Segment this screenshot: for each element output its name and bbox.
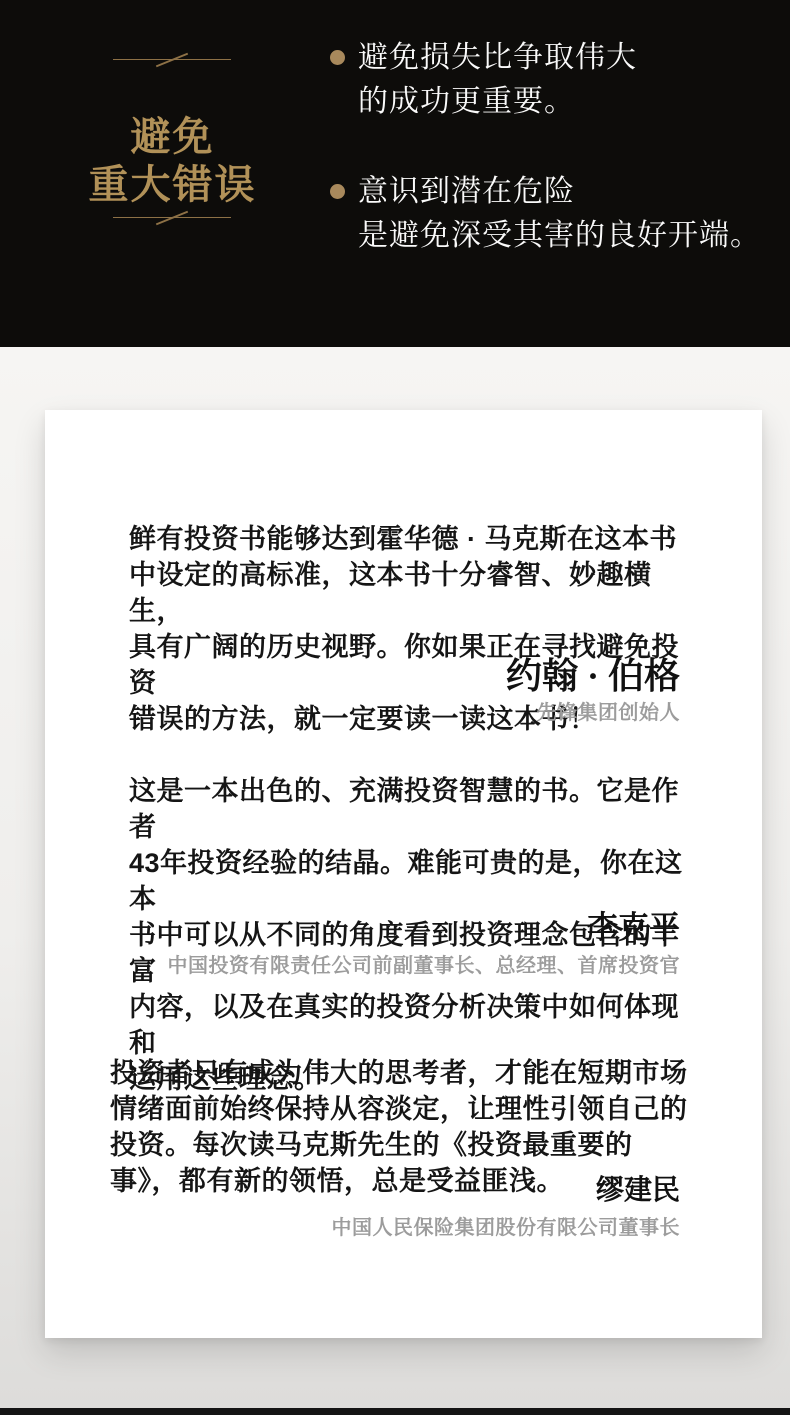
ornament-divider-bottom bbox=[113, 210, 231, 226]
bottom-black-strip bbox=[0, 1408, 790, 1415]
bullet-dot-icon bbox=[330, 184, 345, 199]
list-item: 意识到潜在危险 是避免深受其害的良好开端。 bbox=[330, 170, 790, 258]
hero-section: 避免 重大错误 避免损失比争取伟大 的成功更重要。 意识到潜在危险 是避免深受其… bbox=[0, 0, 790, 347]
endorser-name: 李克平 bbox=[587, 902, 680, 947]
endorser-title: 中国投资有限责任公司前副董事长、总经理、首席投资官 bbox=[168, 949, 681, 978]
divider-slash-icon bbox=[156, 211, 188, 226]
bullet-dot-icon bbox=[330, 50, 345, 65]
endorser-name: 约翰 · 伯格 bbox=[506, 648, 680, 699]
section-title: 避免 重大错误 bbox=[40, 113, 305, 209]
ornament-divider-top bbox=[113, 52, 231, 68]
divider-slash-icon bbox=[156, 53, 188, 68]
book-promo-page: 避免 重大错误 避免损失比争取伟大 的成功更重要。 意识到潜在危险 是避免深受其… bbox=[0, 0, 790, 1415]
endorser-title: 先锋集团创始人 bbox=[537, 696, 681, 725]
bullet-text: 避免损失比争取伟大 的成功更重要。 bbox=[358, 36, 790, 124]
bullet-text: 意识到潜在危险 是避免深受其害的良好开端。 bbox=[358, 170, 790, 258]
endorsement-card: 鲜有投资书能够达到霍华德 · 马克斯在这本书 中设定的高标准，这本书十分睿智、妙… bbox=[45, 410, 762, 1338]
endorsement-stage: 鲜有投资书能够达到霍华德 · 马克斯在这本书 中设定的高标准，这本书十分睿智、妙… bbox=[0, 347, 790, 1408]
list-item: 避免损失比争取伟大 的成功更重要。 bbox=[330, 36, 790, 124]
endorser-name: 缪建民 bbox=[596, 1168, 680, 1208]
endorser-title: 中国人民保险集团股份有限公司董事长 bbox=[332, 1211, 681, 1240]
